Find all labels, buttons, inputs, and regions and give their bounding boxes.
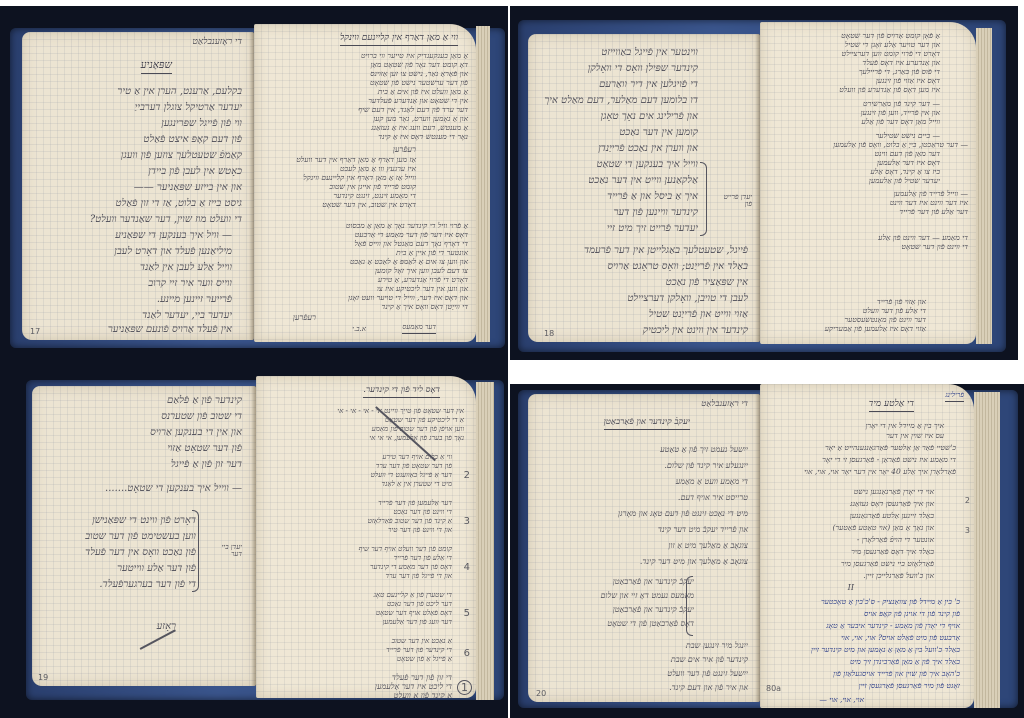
bracket-line: ווען בעשטימט פֿון דער שטוב xyxy=(85,532,196,542)
line: אין די שטאָט און אַנדערע פֿעלדער xyxy=(368,97,468,105)
line: קינדער פֿון איר אים שבת xyxy=(671,656,748,664)
line: אַ קינד פֿון דער שטוב פֿאַרלאָזט xyxy=(368,518,452,525)
stanza-number: 6 xyxy=(464,648,470,659)
line: ווייל מאַן דאָס דער פֿון אַלע xyxy=(861,118,940,126)
page-number: 19 xyxy=(38,673,48,682)
page-header: די ראָזענבלאַט xyxy=(192,38,242,47)
line: קומט פֿרייד פֿון אייגן אין שטוב xyxy=(329,183,416,191)
line: קינדער וויינען פֿון דער xyxy=(614,208,698,218)
line: אין פֿעלד אַרויס פֿונעם שפּאַניער xyxy=(108,325,232,335)
line: ווי פֿון פֿייגל שפּרינגען xyxy=(161,119,242,129)
line: — וויל איך בענקען די שפּאַניע xyxy=(115,231,232,241)
left-page: קינדער פֿון אַ פֿלאַם די שטוב פֿון שטערנ… xyxy=(32,386,256,686)
line: אַ מאַן בענקענדיק איז טייער ווי ברויט xyxy=(361,52,468,60)
line: דער אַלעמען פֿון דער פֿרייד xyxy=(378,500,452,507)
line: די זון פֿון דער פֿעלד xyxy=(392,674,452,682)
photo-spread-top-left: די ראָזענבלאַט שפּאַניע בקלעם, אַרענט, ה… xyxy=(0,6,508,360)
line: איז ערגעץ ווו אַ מאַן לעבט xyxy=(340,165,416,173)
line: ווייל אַז אַ מאַן דאַרף אין קליינעם ווינ… xyxy=(303,174,416,182)
bracket-line: פֿון דער אַלע ווייטער xyxy=(117,564,196,574)
line: דאָרט די פֿרוי קומט ווען דערציילט xyxy=(842,50,940,58)
line: עס איז שוין אין דער xyxy=(886,432,944,440)
page-number: 17 xyxy=(30,327,40,336)
photo-spread-bottom-left: קינדער פֿון אַ פֿלאַם די שטוב פֿון שטערנ… xyxy=(0,360,508,718)
bracket-line: מאַמעס נעמט דאָ זיי און שלום xyxy=(601,592,694,600)
page-edges xyxy=(476,382,494,700)
left-page: די ראָזענבלאַט שפּאַניע בקלעם, אַרענט, ה… xyxy=(22,32,254,340)
line: אַ פֿרוי וויל די קינדער נאָך אַ מאַן אַ … xyxy=(346,222,468,230)
line: זאָגט פֿון מיר פֿאַרגעסן פֿאַרגעסן זיין xyxy=(859,682,960,690)
line: צו דעם לעבן ווען איך זאָל קומען xyxy=(375,267,468,275)
line: דאָס איז אַזוי פֿון זינגען xyxy=(876,77,940,85)
line: פֿייגל, שטעטלעך באַגלייטן אין דער פֿרעמד xyxy=(584,246,748,256)
line: די ליכט איז דער אַלעמען xyxy=(375,683,452,691)
line: דער מאַן פֿון דעם ווינט xyxy=(874,150,940,158)
line: פֿון דער שטאָט אַזוי xyxy=(167,444,242,454)
signature: דער מאַמעס xyxy=(402,324,436,334)
line: דו בלומען דעם מאַלער, דעם מאַלט איך xyxy=(544,96,698,106)
line: באַלד איך פֿון אַ מאַן פֿאַרבינדן זיך מי… xyxy=(850,658,960,666)
footer-line: און אַזוי פֿון פֿרייד xyxy=(877,298,926,306)
line: באַלד זיינען אַלטע פֿאַרגאַנגען xyxy=(850,512,934,520)
page-header: די ראָזענבלאַט xyxy=(701,400,748,409)
stanza-number: 5 xyxy=(464,608,470,619)
right-page: אַ פֿאָן קומט אַרויס פֿון דער שטאָט און … xyxy=(760,22,976,344)
line: צוגאָב אַ מאַלעך און מיט דער קינד. xyxy=(640,558,748,566)
closing-line: אוי, אוי, אוי — xyxy=(819,696,864,704)
line: דאָרט די פֿרוי אַנדערע, אַ טירע xyxy=(378,276,468,284)
line: און כ'וועל פֿאַרגלייכן זיין. xyxy=(863,572,934,580)
line: די מאַמע זינגט, זינגט קינדער xyxy=(333,192,416,200)
line: די ווינט פֿון דער שטאָט xyxy=(901,243,968,251)
line: אַ נאַכט אין דער שטוב xyxy=(392,638,452,645)
line: קומען אין דער נאַכט xyxy=(619,128,698,138)
line: און ווען אין דער ליכטיקע איז צו xyxy=(377,285,468,293)
footer-line: דער ווינט פֿון מאַנטשעסטער xyxy=(844,316,926,324)
line: נאָך פֿון בערג פֿון אַלעמען, אי אי אי xyxy=(369,435,464,442)
line: אַלקאַנען ווייט אין דער נאַכט xyxy=(588,176,698,186)
line: דאָס איז דער פֿון דער מאַמע די אַרבעט xyxy=(355,231,468,239)
line: אוי די יאָרן פֿאַרגאַנגען נישט xyxy=(854,488,934,496)
line: דאָס איז דער אַלעמען xyxy=(877,159,940,167)
line: צוגאָב אַ מאַלעך מיט אַ זון xyxy=(668,542,748,550)
line: דאָרט אין שטוב, אין דער שטאָט xyxy=(322,201,416,209)
line: מיליאַנען פֿעלד און דאָרט לעבן xyxy=(114,247,232,257)
line: די קינדער פֿון דער פֿרייד xyxy=(386,647,452,654)
line: מיט די נאַכט זינגט פֿון דעם טאָג און מאָ… xyxy=(618,510,748,518)
line: קאַמפֿ שטעטלעך צוזען פֿון וועגן xyxy=(121,151,242,161)
line: באַלד אין פֿרייַנט; וואָס טראָגט אַרויס xyxy=(607,262,748,272)
note: א.ב.י xyxy=(352,326,366,333)
line: — דער טראַכטן, בייַ אַ בלוט, וואָס פֿון … xyxy=(833,141,968,149)
bracket-note: יעדן ביי דער xyxy=(212,544,242,558)
left-page: ווינטער אין פֿייגל באַווייזט קינדער שפּי… xyxy=(528,34,760,342)
line: טרייסט איר אויף דעם. xyxy=(678,494,748,502)
line: די שטערן פֿון אַ קליינעם טאָג xyxy=(374,592,452,599)
line: אַ מענטש, דעם וועג איז אַ געזאַנג xyxy=(371,124,468,132)
line: און אין פֿרייד, ווען פֿון זינגען xyxy=(861,109,940,117)
line: דער אַ פֿייגל באַוועגט די וועלט xyxy=(371,472,452,479)
bracket-line: די פֿון דער בערגערפֿעלד. xyxy=(99,580,196,590)
line: און דער טויער אַלע זאָגן די שטיל xyxy=(845,41,940,49)
line: ייִשעל נעמט זיך פֿון אַ טאַטע xyxy=(660,446,748,454)
line: אויף די יאָרן פֿון מאַמע - קינדער איבער … xyxy=(826,622,960,630)
song-title: שפּאַניע xyxy=(141,60,172,74)
line: ווינטער אין פֿייגל באַווייזט xyxy=(601,48,698,58)
right-page: ווי אַ מאַן דאַרף אין קליינעם ווינקל אַ … xyxy=(254,24,476,342)
line: און נאָך אַ מאַן (אוי טאַטע פֿאַטער) xyxy=(832,524,934,532)
line: דער אַלע פֿון דער פֿרייד xyxy=(899,208,968,216)
line: און דאָס איז דער, ווייל די טויער וועט זא… xyxy=(348,294,468,302)
page-number: 80a xyxy=(766,684,781,693)
line: די שטוב פֿון שטערנס xyxy=(161,412,242,422)
line: איך בין אַ מיידל אין די יאָרן xyxy=(866,422,945,430)
line: קינדער שפּילן וואָס די וואָלקן xyxy=(588,64,698,74)
line: אַ קינד פֿון אַ וועלט xyxy=(394,692,452,698)
line: לעבן די טויבן, וואָלקן דערציילט xyxy=(627,294,748,304)
bracket xyxy=(192,510,199,592)
line: ייִשעל זינגט פֿון דער וועלט xyxy=(667,670,748,678)
line: און פֿרילינג אים נאָך טאָגן xyxy=(601,112,698,122)
line: און אַ נאָמען ווערט, גאָר מען קען xyxy=(373,115,468,123)
bracket xyxy=(700,162,707,236)
line: די דאָרף נאָך דעם מאַנטל און ווייס פֿאַל xyxy=(354,240,468,248)
line: קינדער אין ווינט אין ליכטיק xyxy=(643,326,748,336)
refrain-label: רעפֿרען xyxy=(393,146,416,154)
line: איך אַ ביסל און אַ פֿרייד xyxy=(607,192,698,202)
line: די פֿוס פֿון באַרג, די פֿריילעך xyxy=(859,68,940,76)
line: און איך פֿאַרגעסן דאָס געזאַנג xyxy=(850,500,934,508)
line: כאָטש אין לעבן פֿון ביידן xyxy=(148,167,242,177)
line: און אין בייזע שפּאַניער —— xyxy=(134,183,242,193)
line: פֿון קינד פֿון די אויגן פֿון קאָפּ אויס xyxy=(864,610,960,618)
line: כ'האָב איך פֿון שוין און פֿרייד אויסגעלא… xyxy=(833,670,960,678)
line: און ווען צו אים אַ לאַמפּ אַ לאַכט אַ נא… xyxy=(350,258,468,266)
line: און די ווינט פֿון דער טיר xyxy=(388,527,452,534)
bracket-line: דאָרט פֿון ווינט די שפּאַנישן xyxy=(92,516,196,526)
line: אַ פֿייגל אַ פֿון שטאָט xyxy=(397,656,452,663)
line: און די פֿייגל פֿון דער ערד xyxy=(385,573,452,580)
section-mark: II xyxy=(848,584,854,592)
page-edges xyxy=(974,392,1000,708)
photo-spread-top-right: ווינטער אין פֿייגל באַווייזט קינדער שפּי… xyxy=(510,6,1018,360)
separator-line: — ווייל איך בענקען די שטאָט....... xyxy=(105,484,242,494)
bracket-note: יעדן פֿרייט פֿון xyxy=(722,194,752,208)
line: בקלעם, אַרענט, הערן אין אַ טיר xyxy=(117,87,242,97)
line: — ביים נישט שטילער xyxy=(876,132,940,140)
line: אַרבעט פֿון מיט פֿאַלט אויס? אוי, אוי, א… xyxy=(841,634,960,642)
line: די וועלט מוז שוין, דער שאַנדער וועלט? xyxy=(90,215,242,225)
line: אַ מאַן וועלט איז פֿון אים אַ בית xyxy=(378,88,468,96)
line: אַ פֿאָן קומט אַרויס פֿון דער שטאָט xyxy=(841,32,940,40)
bracket-line: יעקבֿ קינדער און פֿאַרבאַטן xyxy=(613,578,694,586)
stanza-number: 3 xyxy=(464,516,470,527)
line: מיט די שטערן אין אַ לאַנד xyxy=(381,481,452,488)
line: אַז מען דאַרף אַ מאַן דאַרף אין דער וועל… xyxy=(296,156,416,164)
line: און פֿרייד יעקבֿ מיט דער קינד xyxy=(658,526,748,534)
line: אַזוי ווייט און פֿרייַנט שטיל xyxy=(649,310,748,320)
song-title: די אַלטע מיד xyxy=(869,400,914,412)
refrain-label: רעפֿרען xyxy=(293,314,316,322)
line: די ווייַטן דאָס וואָס איך אַ קינד xyxy=(381,303,468,311)
line: דער זון פֿון אַ פֿייגל xyxy=(171,460,242,470)
footer-line: אַזוי דאָס איז אַלעמען פֿון אַמעריקע xyxy=(825,325,926,333)
stanza-number: 1 xyxy=(457,680,472,695)
line: דער ערד פֿון דעם לאַנד, אין דעם שיף xyxy=(358,106,468,114)
line: די מאַמע — דער ווינט פֿון אַלע xyxy=(878,234,968,242)
song-title: יעקבֿ קינדער און פֿאַרבאַטן xyxy=(604,418,690,430)
right-page: פֿרילינג די אַלטע מיד איך בין אַ מיידל א… xyxy=(760,384,974,708)
page-edges xyxy=(476,26,490,342)
line: כ' בין אַ מיידל פֿון צוואַנציק - ס'כ'בין… xyxy=(821,598,960,606)
stanza-number: 4 xyxy=(464,562,470,573)
bracket-line: פֿון נאַכט וואָס אין דער פֿעלד xyxy=(85,548,196,558)
line: פֿון דער ערשטער נישט פֿון שטאָט xyxy=(370,79,468,87)
line: אונטער די פֿון איין אַ בית xyxy=(396,249,468,257)
corner-note: פֿרילינג xyxy=(945,392,964,402)
song-title: דאָס ליד פֿון די קינדער. xyxy=(363,386,440,398)
stanza-number: 2 xyxy=(464,470,470,481)
song-title: ווי אַ מאַן דאַרף אין קליינעם ווינקל xyxy=(340,34,458,46)
line: די פֿויגלען אין דיר וואַרעם xyxy=(599,80,698,90)
line: אונטער די הויפֿ פֿאַרלאָרן - xyxy=(857,536,934,544)
line: די מאַמע וועט אַ מאַמע xyxy=(676,478,748,486)
line: קינדער פֿון אַ פֿלאַם xyxy=(167,396,242,406)
footer-line: די אַלע פֿון דער וועלט xyxy=(863,307,926,315)
line: — ווייל פֿרייד פֿון אַלעמען xyxy=(894,190,968,198)
signature-underline xyxy=(140,629,176,649)
line: אַ די ליכטיקע פֿון דער שטאָט xyxy=(385,417,464,424)
line: נאָר די מענטש דאָס איז אַ קינד xyxy=(378,133,468,141)
line: די מאַמע איז נישט פֿאַראַן - פֿאַרגעסן ז… xyxy=(822,456,956,464)
line: און אַנדערע איז דאָס פֿעלד xyxy=(862,59,940,67)
line: — דער קינד פֿון מאַרשירט xyxy=(863,100,940,108)
line: פֿאַרלאָזט ביי נישט פֿאַרגעסן מיר xyxy=(841,560,934,568)
bracket-line: דאָס פֿאַרבאַטן פֿון די שטאָט xyxy=(607,620,694,628)
margin-mark: 3 xyxy=(965,526,970,535)
line: דאָס פֿאַלט אויף דער שטאָט xyxy=(376,610,452,617)
line: ווי אַ בלום אויף דער טירע xyxy=(383,454,452,461)
line: אין שפּאַציר פֿון נאַכט xyxy=(666,278,748,288)
line: באַלד כ'וועל בין אַ מאַן אַ נאָמען און מ… xyxy=(811,646,960,654)
line: פֿרייער זיינען מיינע. xyxy=(157,295,232,305)
line: יעדער שטיל פֿון אַלעמען xyxy=(869,177,940,185)
line: ייִנגל מיר זינגען שבת xyxy=(686,642,748,650)
line: כ'שטיי פֿאַר אַן אַלטער פֿאַרגאַנגענהייט… xyxy=(825,444,956,452)
line: פֿון דעם קאָפּ איצט פֿאַלט xyxy=(143,135,242,145)
line: איז דער ווינט איז דער ווינט xyxy=(890,199,968,207)
page-number: 18 xyxy=(544,329,554,338)
line: און אין די בענקען אַרויס xyxy=(150,428,242,438)
line: באַלד איך דאָס פֿאַרגעסן מיר xyxy=(851,548,934,556)
line: ווייס ווער איר זיי קרוב xyxy=(148,279,232,289)
page-number: 20 xyxy=(536,689,546,698)
line: ווייל אַלע לעבן אין לאַנד xyxy=(140,263,232,273)
margin-mark: 2 xyxy=(965,496,970,505)
line: און פֿאַראַ נאַר, נישט צו זען אַזוינס xyxy=(370,70,468,78)
line: און איר פֿון און דעם קינד. xyxy=(669,684,748,692)
line: דער וועג פֿון דער אַלעמען xyxy=(383,619,452,626)
line: ביז צו אַ קינד, דאָס אַלע xyxy=(870,168,940,176)
page-edges xyxy=(976,28,992,344)
line: די אַלע פֿון דער פֿרייד xyxy=(394,555,452,562)
line: ווייל איך בענקען די שטאַט xyxy=(596,160,698,170)
line: יעדער אַרטיקל צוגלן דערבייַ xyxy=(135,103,242,113)
right-page: דאָס ליד פֿון די קינדער. אין דער שטאָט פ… xyxy=(256,376,476,698)
line: דאָס פֿון דער מאַמע די קינדער xyxy=(370,564,452,571)
line: גיסט בייז אַ בלוט, אַז די זון פֿאַלט xyxy=(116,199,242,209)
bracket-line: יעקבֿ קינדער און פֿאַרבאַטן xyxy=(613,606,694,614)
line: קומט פֿון דער וועלט אויף דער שיף xyxy=(359,546,452,553)
line: ייִנגעלע איר קינד פֿון שלום. xyxy=(664,462,748,470)
line: יעדער ביי, יעדער לאַנד xyxy=(142,311,232,321)
line: יעדער פֿרייט זיך מיט זיי xyxy=(607,224,698,234)
line: די ווינט פֿון דער נאַכט xyxy=(393,509,452,516)
line: פֿאַרלאָרן איך אַלע 40 יאָר אין דער יאָר… xyxy=(804,468,956,476)
line: ווען אויפֿן פֿון דער שטוב פֿון מאַמע xyxy=(372,426,464,433)
line: פֿון דער שטאָט פֿון דער ערד xyxy=(376,463,452,470)
line: דער ליכט פֿון דער נאַכט xyxy=(387,601,452,608)
line: אין דער שטאָט פֿון טייַך וויינט אי - אי … xyxy=(337,408,464,415)
line: און ווערן אין נאַכט פֿרייַנדן xyxy=(598,144,698,154)
line: דאָ קומט דער נאָר פֿון שטאָט מאַן xyxy=(371,61,469,69)
left-page: די ראָזענבלאַט יעקבֿ קינדער און פֿאַרבאַ… xyxy=(528,394,760,702)
line: איז מען דאָס פֿון אַנדערע פֿון וועלט xyxy=(839,86,940,94)
photo-spread-bottom-right: די ראָזענבלאַט יעקבֿ קינדער און פֿאַרבאַ… xyxy=(510,384,1024,718)
